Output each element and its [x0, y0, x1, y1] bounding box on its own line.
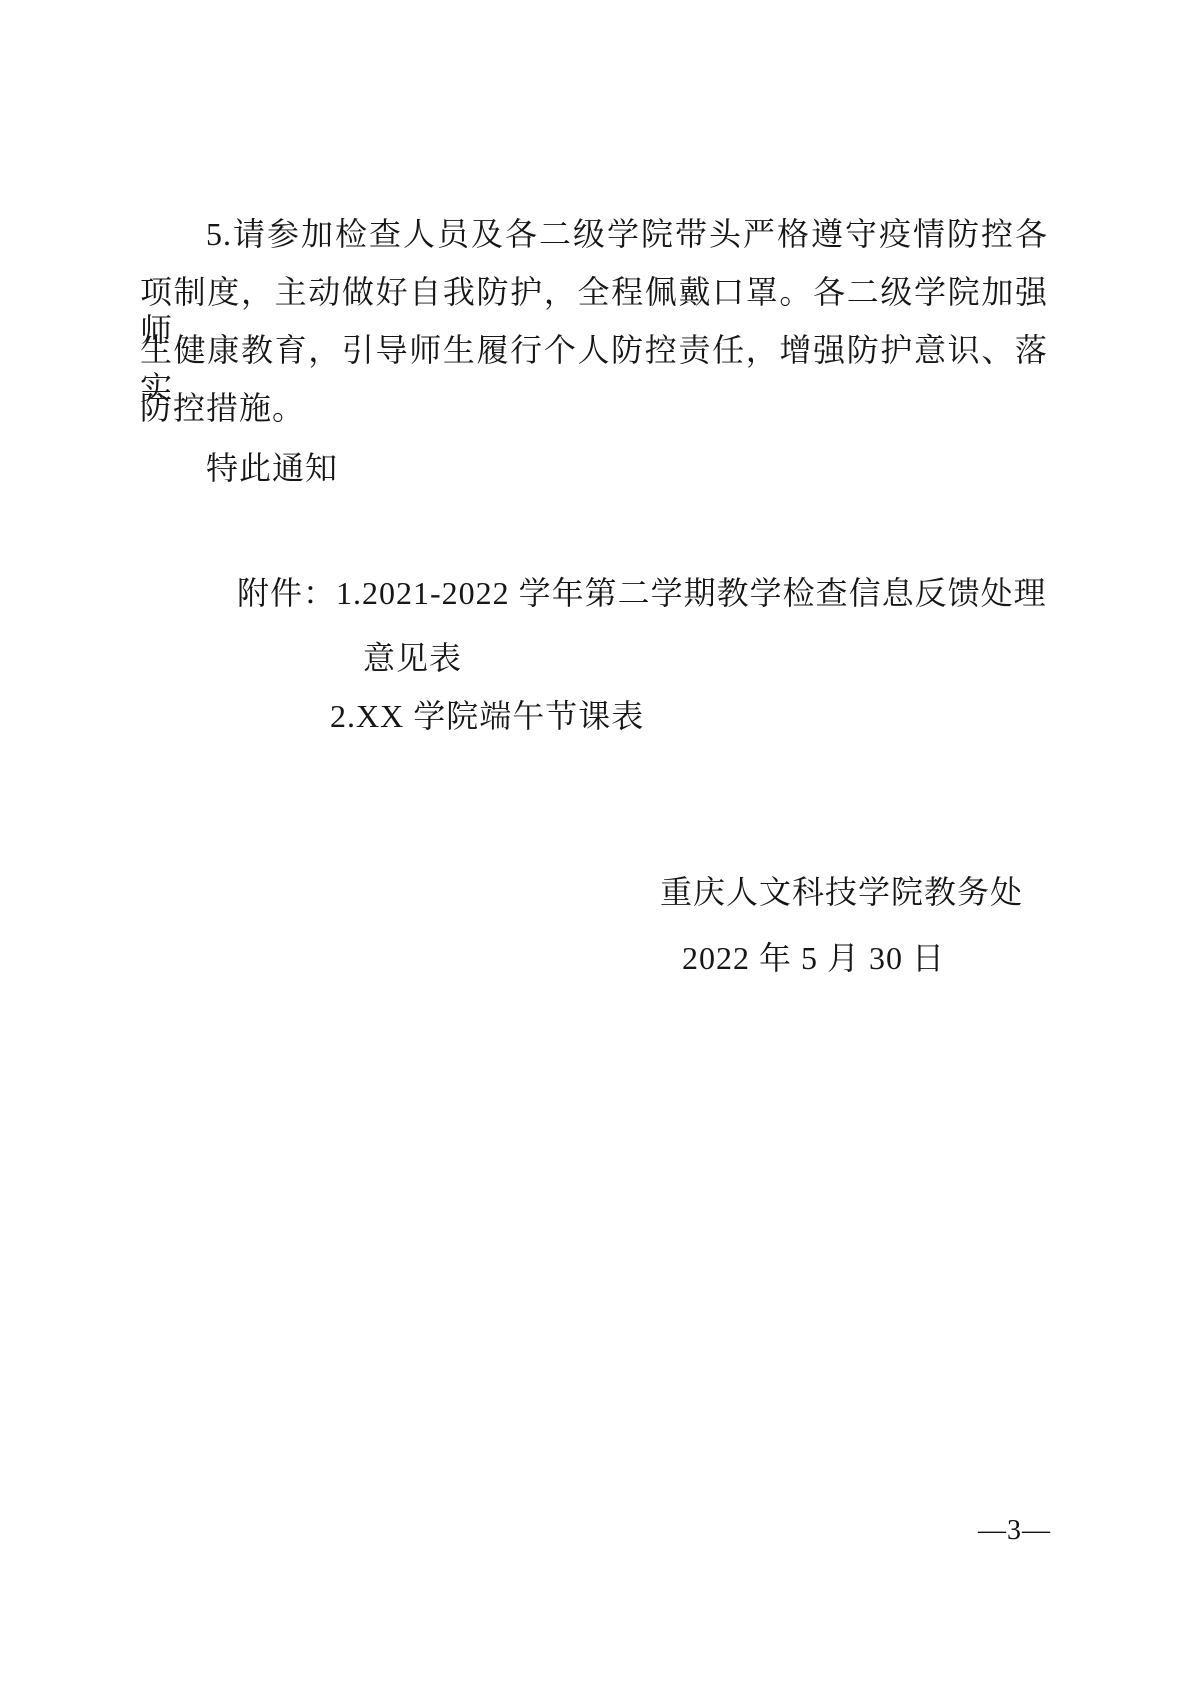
closing-phrase: 特此通知 — [206, 450, 338, 488]
issuer-signature: 重庆人文科技学院教务处 — [660, 874, 1023, 912]
body-paragraph-line-4: 防控措施。 — [140, 390, 305, 428]
attachment-1-title-line-2: 意见表 — [363, 640, 462, 678]
page-number: —3— — [978, 1516, 1051, 1547]
notice-page: 5.请参加检查人员及各二级学院带头严格遵守疫情防控各 项制度，主动做好自我防护，… — [0, 0, 1191, 1684]
attachments-line-1: 附件：1.2021-2022 学年第二学期教学检查信息反馈处理 — [237, 575, 1047, 613]
issue-date: 2022 年 5 月 30 日 — [682, 940, 945, 978]
body-paragraph-line-1: 5.请参加检查人员及各二级学院带头严格遵守疫情防控各 — [140, 216, 1048, 254]
attachment-1-title-line-1: 1.2021-2022 学年第二学期教学检查信息反馈处理 — [336, 575, 1047, 611]
attachment-2-title: 2.XX 学院端午节课表 — [330, 698, 644, 736]
attachments-label: 附件： — [237, 575, 336, 611]
